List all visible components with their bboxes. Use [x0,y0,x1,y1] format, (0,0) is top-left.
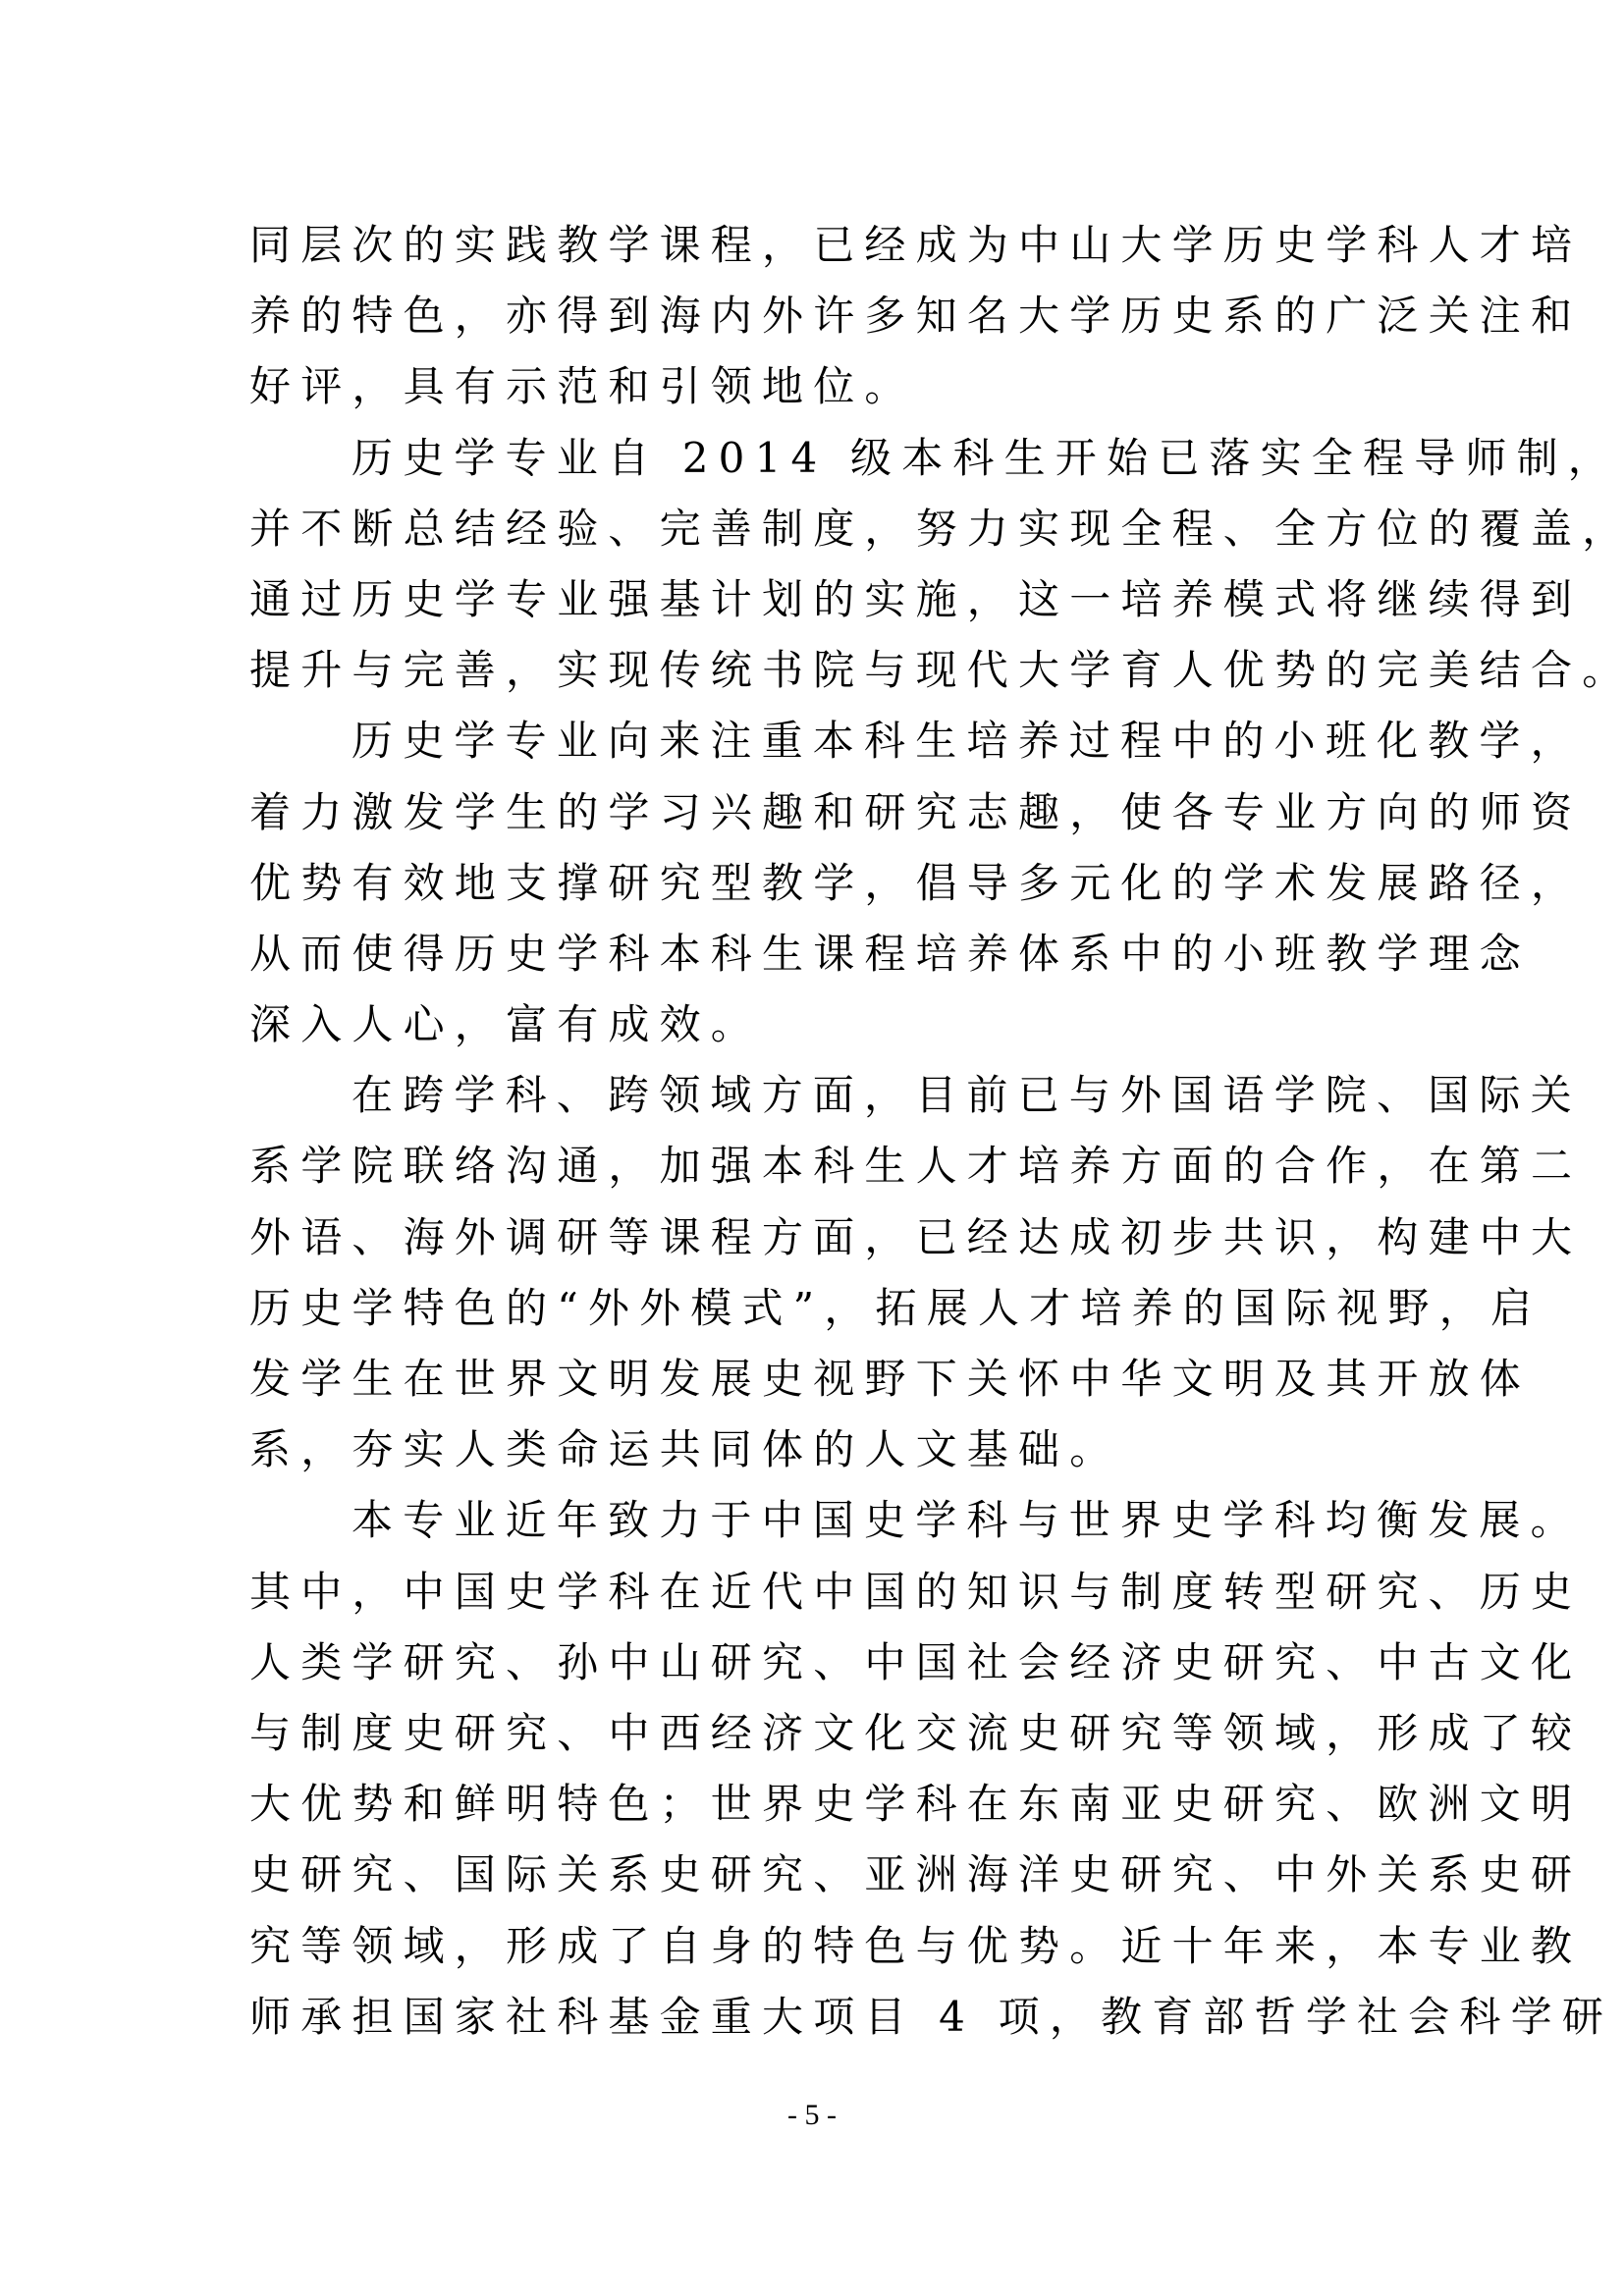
text-line: 与制度史研究、中西经济文化交流史研究等领域，形成了较 [249,1698,1388,1769]
text-line: 从而使得历史学科本科生课程培养体系中的小班教学理念 [249,919,1388,989]
text-line: 优势有效地支撑研究型教学，倡导多元化的学术发展路径， [249,848,1388,919]
text-line: 着力激发学生的学习兴趣和研究志趣，使各专业方向的师资 [249,777,1388,848]
text-line: 历史学专业向来注重本科生培养过程中的小班化教学， [249,706,1388,776]
paragraph: 历史学专业自 2014 级本科生开始已落实全程导师制， 并不断总结经验、完善制度… [249,423,1388,707]
paragraph: 历史学专业向来注重本科生培养过程中的小班化教学， 着力激发学生的学习兴趣和研究志… [249,706,1388,1060]
text-line: 外语、海外调研等课程方面，已经达成初步共识，构建中大 [249,1202,1388,1273]
text-line: 在跨学科、跨领域方面，目前已与外国语学院、国际关 [249,1060,1388,1131]
text-line: 好评，具有示范和引领地位。 [249,351,1388,422]
text-line: 深入人心，富有成效。 [249,989,1388,1060]
text-line: 人类学研究、孙中山研究、中国社会经济史研究、中古文化 [249,1628,1388,1698]
text-line: 历史学专业自 2014 级本科生开始已落实全程导师制， [249,423,1388,494]
text-line: 同层次的实践教学课程，已经成为中山大学历史学科人才培 [249,210,1388,281]
text-line: 师承担国家社科基金重大项目 4 项，教育部哲学社会科学研 [249,1982,1388,2053]
text-line: 史研究、国际关系史研究、亚洲海洋史研究、中外关系史研 [249,1840,1388,1910]
text-line: 系，夯实人类命运共同体的人文基础。 [249,1415,1388,1485]
paragraph: 在跨学科、跨领域方面，目前已与外国语学院、国际关 系学院联络沟通，加强本科生人才… [249,1060,1388,1485]
paragraph: 本专业近年致力于中国史学科与世界史学科均衡发展。 其中，中国史学科在近代中国的知… [249,1485,1388,2053]
paragraph: 同层次的实践教学课程，已经成为中山大学历史学科人才培 养的特色，亦得到海内外许多… [249,210,1388,423]
text-line: 提升与完善，实现传统书院与现代大学育人优势的完美结合。 [249,635,1388,706]
text-line: 养的特色，亦得到海内外许多知名大学历史系的广泛关注和 [249,281,1388,351]
text-line: 究等领域，形成了自身的特色与优势。近十年来，本专业教 [249,1911,1388,1982]
text-line: 系学院联络沟通，加强本科生人才培养方面的合作，在第二 [249,1131,1388,1201]
page-number: - 5 - [0,2099,1624,2132]
text-line: 并不断总结经验、完善制度，努力实现全程、全方位的覆盖， [249,494,1388,564]
document-page: 同层次的实践教学课程，已经成为中山大学历史学科人才培 养的特色，亦得到海内外许多… [0,0,1624,2296]
text-line: 其中，中国史学科在近代中国的知识与制度转型研究、历史 [249,1557,1388,1628]
text-line: 历史学特色的“外外模式”，拓展人才培养的国际视野，启 [249,1273,1388,1344]
text-line: 发学生在世界文明发展史视野下关怀中华文明及其开放体 [249,1344,1388,1415]
text-line: 大优势和鲜明特色；世界史学科在东南亚史研究、欧洲文明 [249,1769,1388,1840]
body-text: 同层次的实践教学课程，已经成为中山大学历史学科人才培 养的特色，亦得到海内外许多… [249,210,1388,2053]
text-line: 通过历史学专业强基计划的实施，这一培养模式将继续得到 [249,564,1388,635]
text-line: 本专业近年致力于中国史学科与世界史学科均衡发展。 [249,1485,1388,1556]
